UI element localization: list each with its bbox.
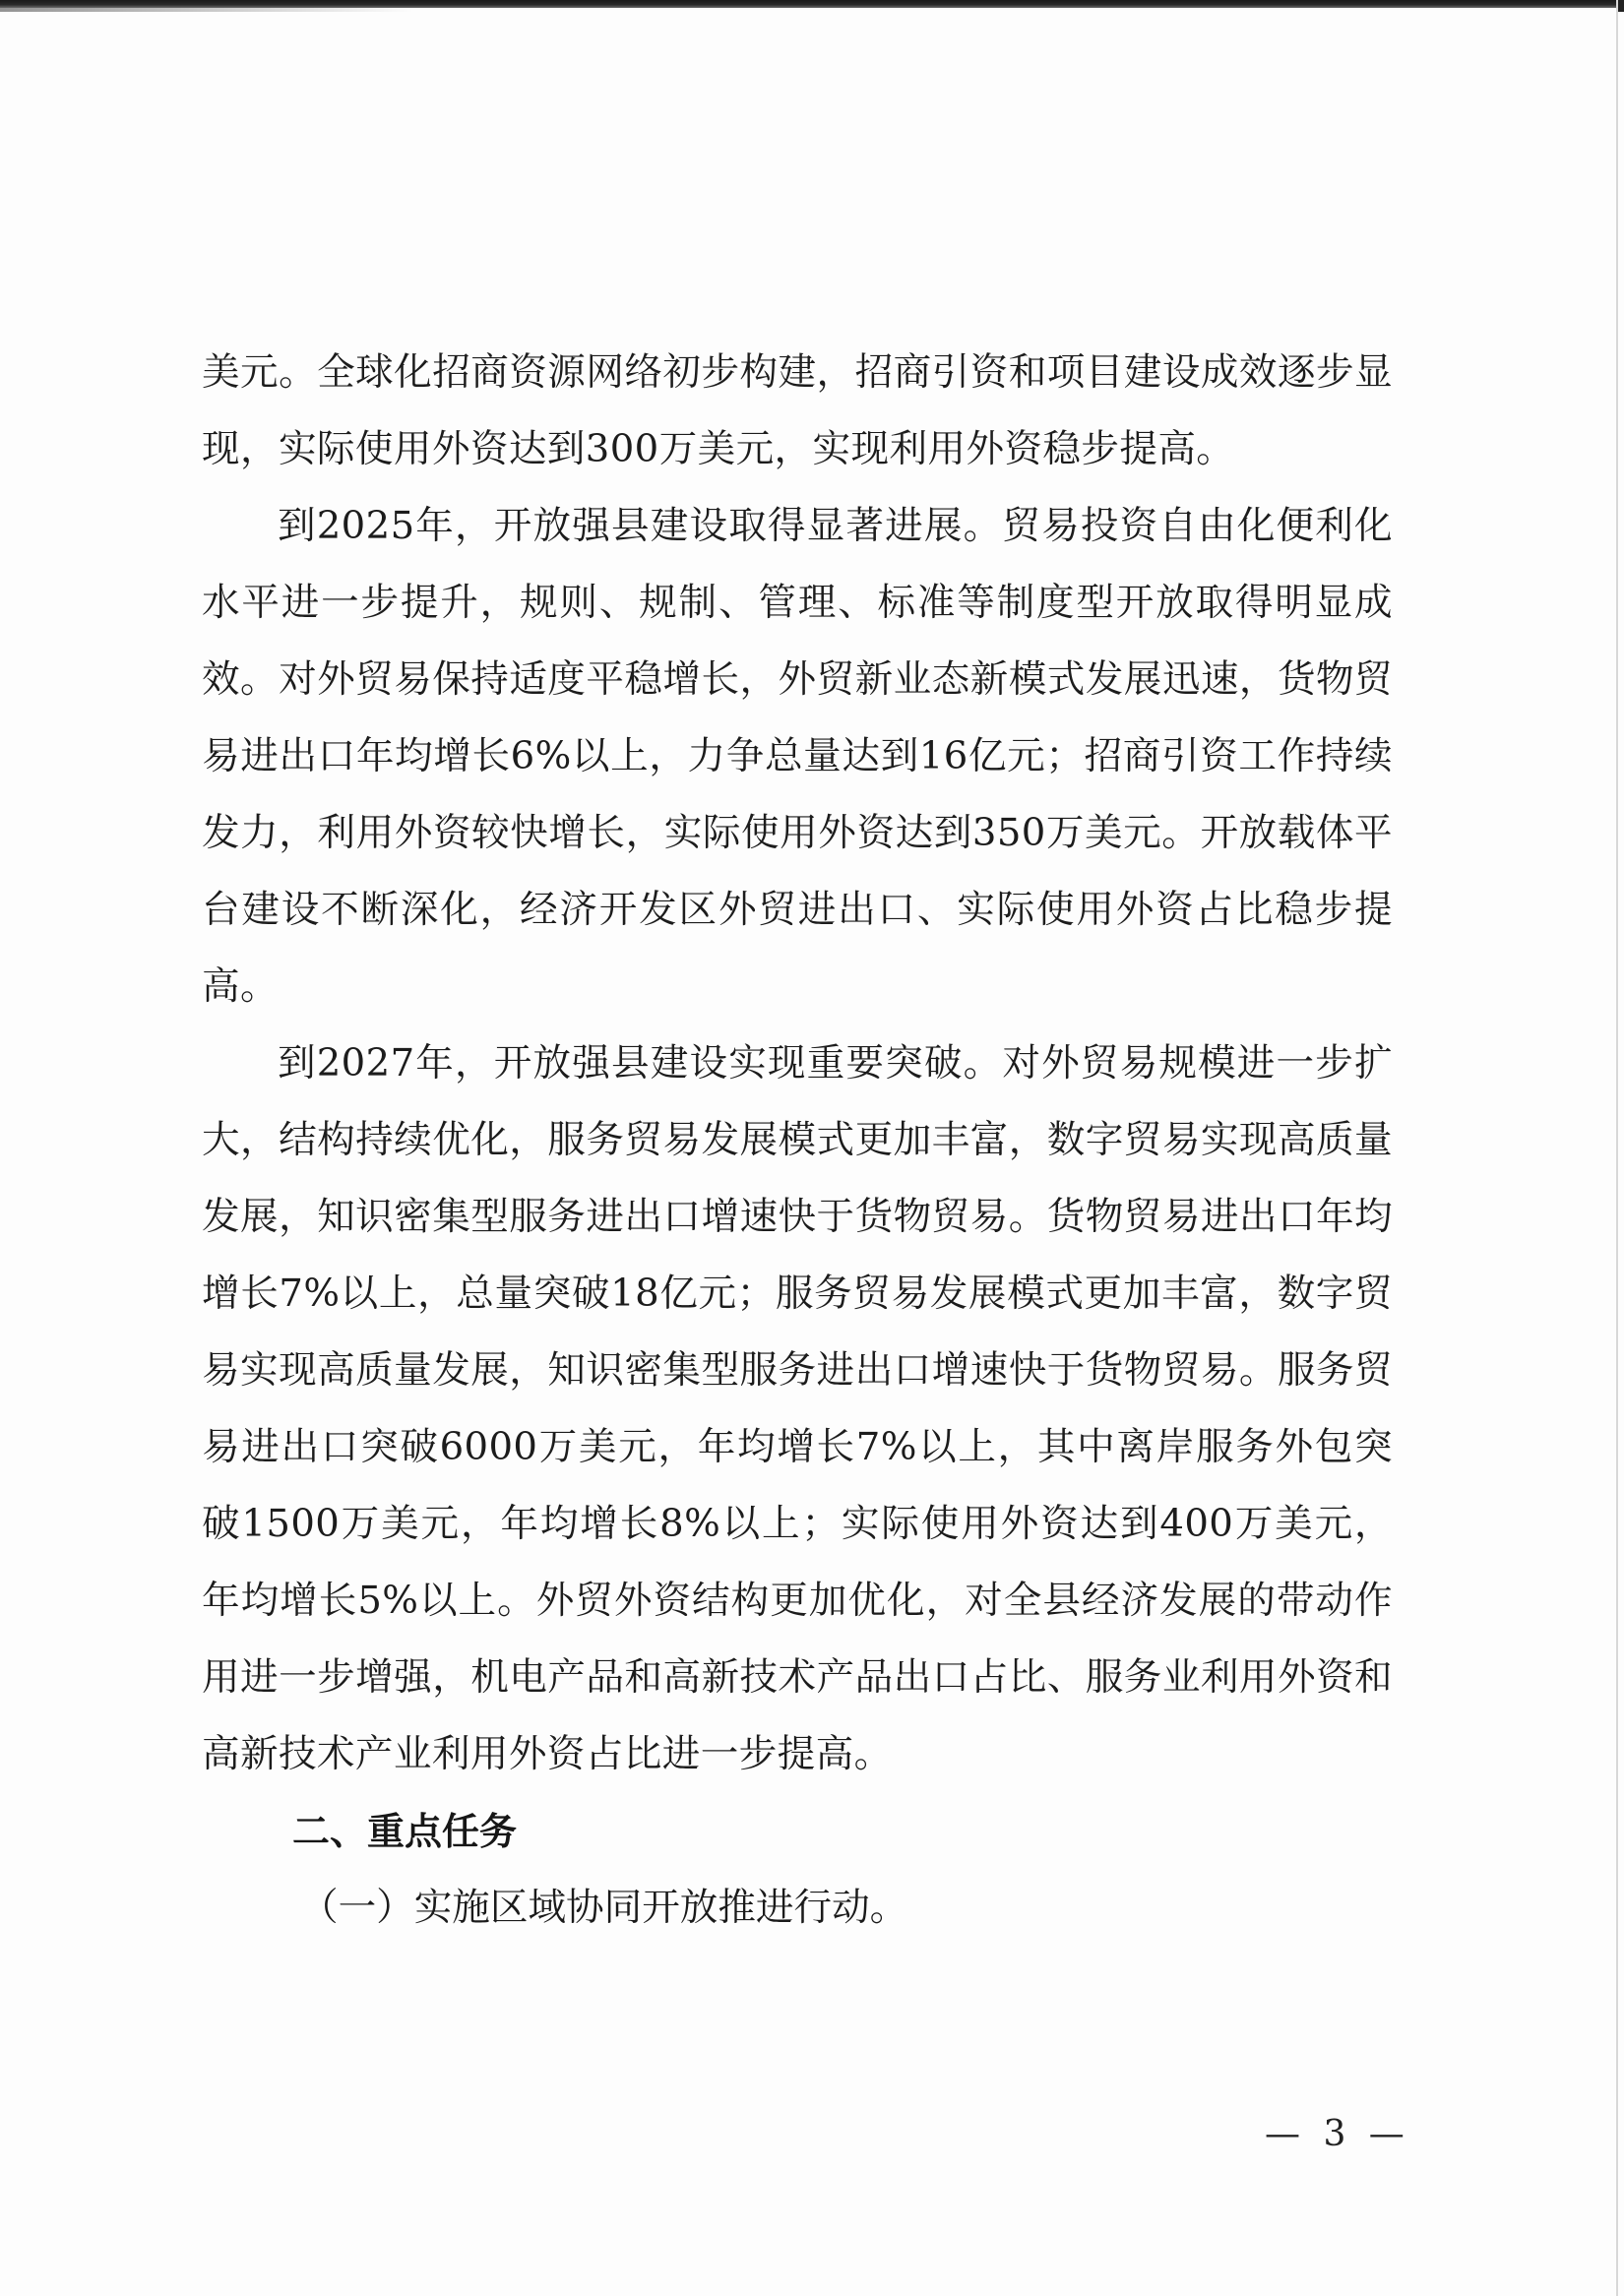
scan-corner (1618, 0, 1624, 12)
paragraph-2027-goals: 到2027年，开放强县建设实现重要突破。对外贸易规模进一步扩大，结构持续优化，服… (202, 1025, 1393, 1793)
scan-top-edge (0, 0, 1624, 8)
paragraph-2025-goals: 到2025年，开放强县建设取得显著进展。贸易投资自由化便利化水平进一步提升，规则… (202, 488, 1393, 1025)
document-body: 美元。全球化招商资源网络初步构建，招商引资和项目建设成效逐步显现，实际使用外资达… (202, 335, 1393, 1947)
scan-right-edge (1616, 0, 1618, 2296)
paragraph-usage-of-foreign-capital: 美元。全球化招商资源网络初步构建，招商引资和项目建设成效逐步显现，实际使用外资达… (202, 335, 1393, 488)
section-heading-key-tasks: 二、重点任务 (202, 1793, 1393, 1870)
scan-top-shadow (0, 8, 413, 12)
page-number: — 3 — (1265, 2114, 1410, 2154)
subsection-heading-regional-opening: （一）实施区域协同开放推进行动。 (202, 1870, 1393, 1947)
